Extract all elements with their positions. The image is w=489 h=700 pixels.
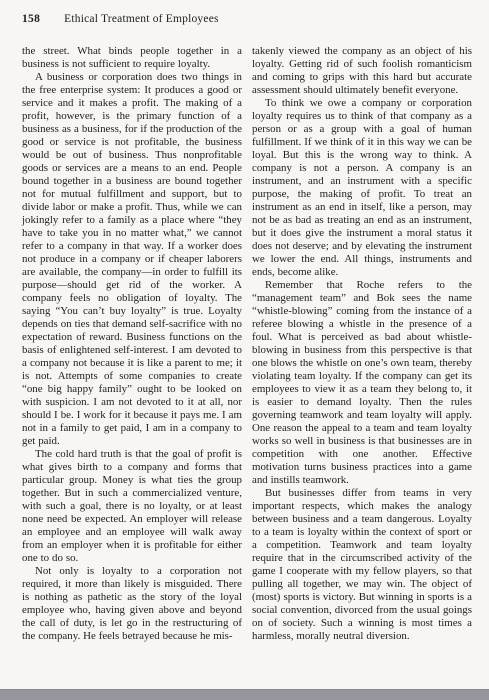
page-header: 158Ethical Treatment of Employees <box>22 12 472 26</box>
left-column: the street. What binds people together i… <box>22 45 242 643</box>
paragraph: A business or corporation does two thing… <box>22 71 242 448</box>
right-column: takenly viewed the company as an object … <box>252 45 472 643</box>
paragraph: the street. What binds people together i… <box>22 45 242 71</box>
two-column-text-body: the street. What binds people together i… <box>22 45 472 643</box>
paragraph: But businesses differ from teams in very… <box>252 487 472 643</box>
page-number: 158 <box>22 13 40 25</box>
paragraph: The cold hard truth is that the goal of … <box>22 448 242 565</box>
book-page: 158Ethical Treatment of Employees the st… <box>0 0 489 700</box>
paragraph: To think we owe a company or corporation… <box>252 97 472 279</box>
paragraph: Remember that Roche refers to the “manag… <box>252 279 472 487</box>
paragraph: takenly viewed the company as an object … <box>252 45 472 97</box>
paragraph: Not only is loyalty to a corporation not… <box>22 565 242 643</box>
scan-edge-bar <box>0 689 489 700</box>
running-head: Ethical Treatment of Employees <box>64 13 219 25</box>
